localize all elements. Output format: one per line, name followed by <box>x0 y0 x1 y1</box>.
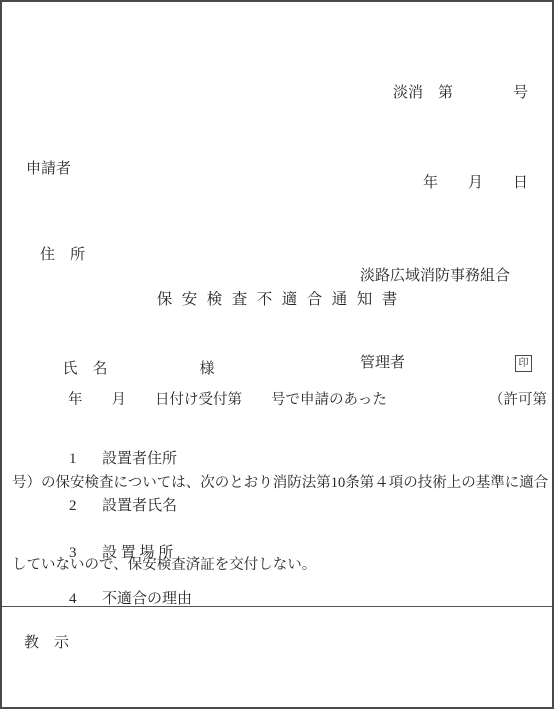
item-label: 不適合の理由 <box>102 591 192 607</box>
document-title: 保安検査不適合通知書 <box>2 287 552 309</box>
applicant-address-label: 住 所 <box>40 241 215 270</box>
list-item: 2設置者氏名 <box>54 482 177 530</box>
notice-document: 淡消 第 号 年 月 日 申請者 住 所 氏 名様 淡路広域消防事務組合 管理者… <box>0 0 554 709</box>
list-item: 3設 置 場 所 <box>54 529 173 577</box>
item-number: 2 <box>69 498 102 514</box>
item-label: 設置者住所 <box>102 451 177 467</box>
instruction-label: 教 示 <box>24 631 69 652</box>
item-number: 3 <box>69 545 102 561</box>
date-line: 年 月 日 <box>393 168 528 198</box>
list-item: 4不適合の理由 <box>54 575 192 623</box>
body-line-1-right: （許可第 <box>489 387 547 415</box>
item-number: 4 <box>69 591 102 607</box>
item-label: 設置者氏名 <box>102 498 177 514</box>
item-number: 1 <box>69 451 102 467</box>
applicant-label: 申請者 <box>26 155 215 184</box>
body-line-1: 年 月 日付け受付第 号で申請のあった （許可第 <box>12 387 547 415</box>
document-number-line: 淡消 第 号 <box>393 78 528 108</box>
body-line-1-left: 年 月 日付け受付第 号で申請のあった <box>12 387 387 415</box>
list-item: 1設置者住所 <box>54 435 177 483</box>
item-label: 設 置 場 所 <box>102 545 173 561</box>
section-divider <box>2 606 552 607</box>
